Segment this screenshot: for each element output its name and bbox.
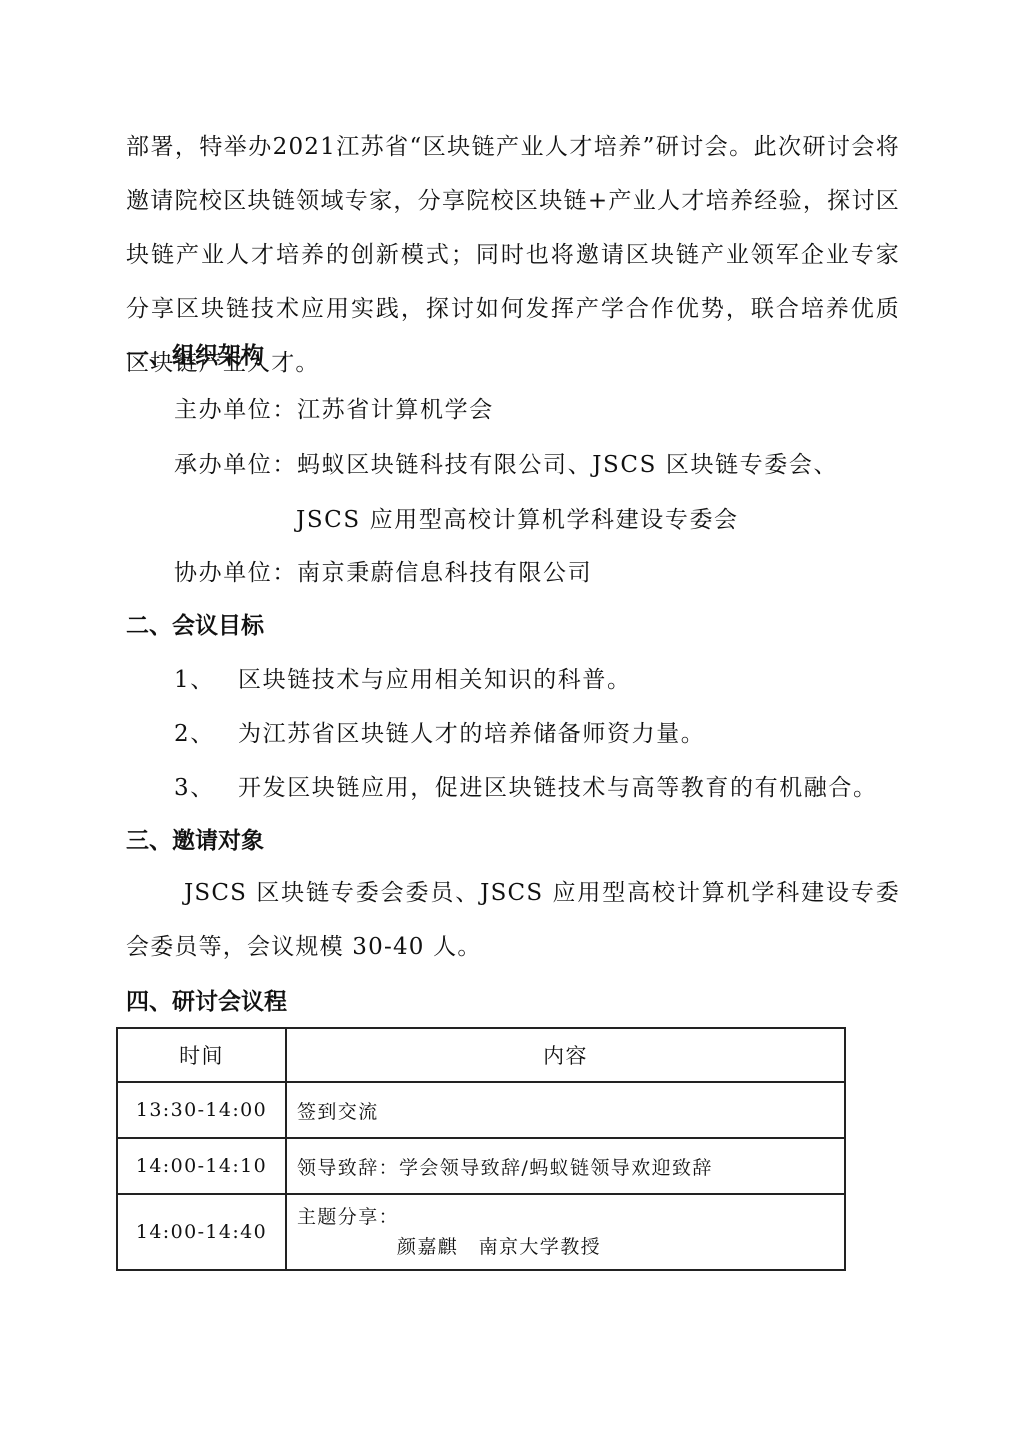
agenda-table: 时间 内容 13:30-14:00 签到交流 14:00-14:10 领导致辞：… — [116, 1027, 846, 1271]
host-value: 江苏省计算机学会 — [297, 397, 494, 423]
agenda-content: 签到交流 — [286, 1082, 845, 1138]
co-organizer-value: 南京秉蔚信息科技有限公司 — [297, 560, 592, 586]
goal-item: 3、开发区块链应用，促进区块链技术与高等教育的有机融合。 — [174, 773, 878, 803]
column-header-time: 时间 — [117, 1028, 286, 1082]
agenda-speaker: 颜嘉麒 南京大学教授 — [297, 1232, 834, 1262]
goal-number: 1、 — [174, 665, 238, 695]
column-header-content: 内容 — [286, 1028, 845, 1082]
agenda-content-cell: 主题分享： 颜嘉麒 南京大学教授 — [286, 1194, 845, 1270]
invitees-paragraph: JSCS 区块链专委会委员、JSCS 应用型高校计算机学科建设专委会委员等，会议… — [126, 866, 900, 974]
goal-text: 区块链技术与应用相关知识的科普。 — [238, 667, 632, 693]
host-label: 主办单位： — [174, 395, 297, 425]
agenda-time: 13:30-14:00 — [117, 1082, 286, 1138]
co-organizer-label: 协办单位： — [174, 558, 297, 588]
table-row: 13:30-14:00 签到交流 — [117, 1082, 845, 1138]
organizer-label: 承办单位： — [174, 450, 297, 480]
goal-item: 1、区块链技术与应用相关知识的科普。 — [174, 665, 632, 695]
goal-number: 2、 — [174, 719, 238, 749]
goal-text: 开发区块链应用，促进区块链技术与高等教育的有机融合。 — [238, 775, 878, 801]
agenda-content: 领导致辞：学会领导致辞/蚂蚁链领导欢迎致辞 — [286, 1138, 845, 1194]
organizer-value-line1: 蚂蚁区块链科技有限公司、JSCS 区块链专委会、 — [297, 452, 838, 478]
goal-number: 3、 — [174, 773, 238, 803]
organizer-row: 承办单位：蚂蚁区块链科技有限公司、JSCS 区块链专委会、 — [174, 450, 838, 480]
agenda-content: 主题分享： — [297, 1202, 834, 1232]
agenda-header-row: 时间 内容 — [117, 1028, 845, 1082]
organizer-value-line2: JSCS 应用型高校计算机学科建设专委会 — [296, 505, 739, 535]
co-organizer-row: 协办单位：南京秉蔚信息科技有限公司 — [174, 558, 592, 588]
section-heading-agenda: 四、研讨会议程 — [126, 987, 287, 1017]
goal-text: 为江苏省区块链人才的培养储备师资力量。 — [238, 721, 705, 747]
section-heading-invitees: 三、邀请对象 — [126, 826, 264, 856]
section-heading-organization: 一、组织架构 — [126, 341, 264, 371]
table-row: 14:00-14:10 领导致辞：学会领导致辞/蚂蚁链领导欢迎致辞 — [117, 1138, 845, 1194]
agenda-time: 14:00-14:40 — [117, 1194, 286, 1270]
host-row: 主办单位：江苏省计算机学会 — [174, 395, 494, 425]
agenda-time: 14:00-14:10 — [117, 1138, 286, 1194]
section-heading-goals: 二、会议目标 — [126, 611, 264, 641]
goal-item: 2、为江苏省区块链人才的培养储备师资力量。 — [174, 719, 705, 749]
document-page: 部署，特举办2021江苏省“区块链产业人才培养”研讨会。此次研讨会将邀请院校区块… — [0, 0, 1024, 1447]
table-row: 14:00-14:40 主题分享： 颜嘉麒 南京大学教授 — [117, 1194, 845, 1270]
